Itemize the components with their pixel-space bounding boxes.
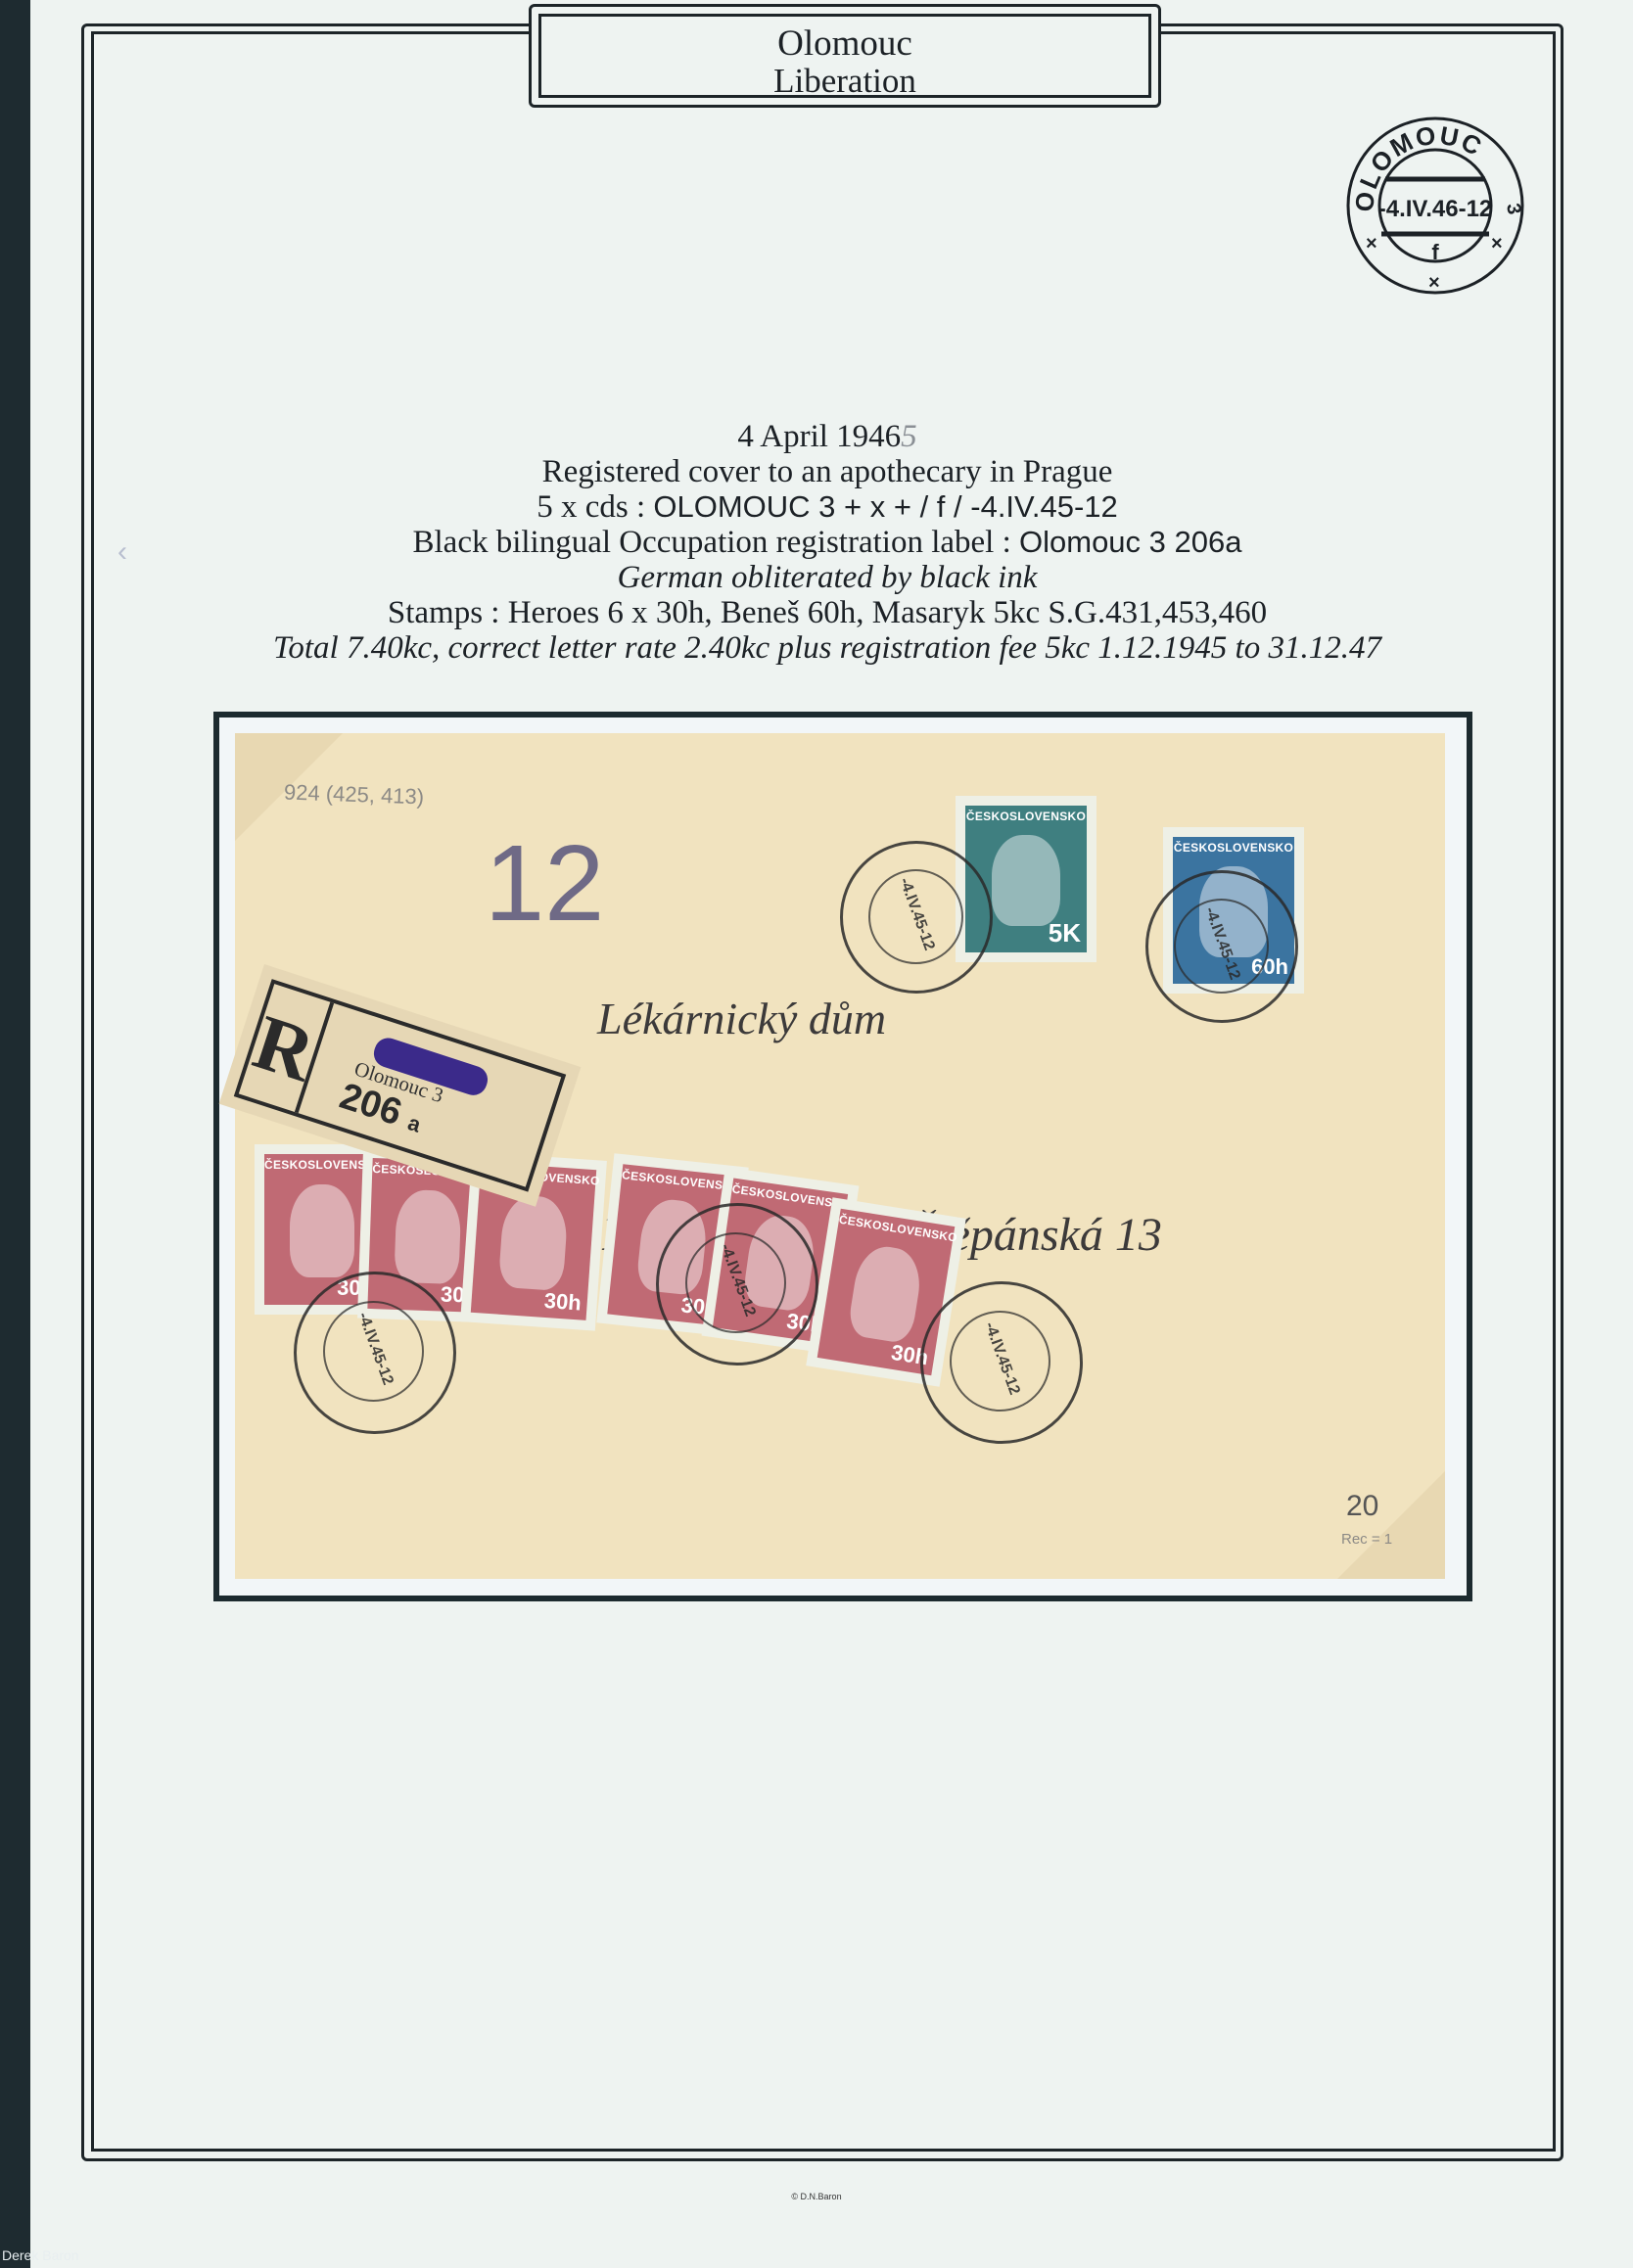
- pencil-rec: Rec = 1: [1341, 1531, 1392, 1548]
- svg-text:×: ×: [1366, 233, 1377, 255]
- stamp-country: ČESKOSLOVENSKO: [1173, 837, 1294, 855]
- page-subtitle: Liberation: [541, 64, 1148, 99]
- postmark-illustration: OLOMOUC 3 -4.IV.46-12 f × × ×: [1344, 115, 1526, 297]
- stamp-country: ČESKOSLOVENSKO: [838, 1209, 955, 1244]
- album-spine: [0, 0, 30, 2268]
- portrait-icon: [847, 1242, 925, 1345]
- description-date: 4 April 19465: [98, 419, 1557, 454]
- svg-text:f: f: [1431, 240, 1439, 264]
- cancellation-postmark: -4.IV.45-12: [294, 1272, 456, 1434]
- description-line-6: Total 7.40kc, correct letter rate 2.40kc…: [98, 630, 1557, 666]
- cancellation-postmark: -4.IV.45-12: [1145, 870, 1298, 1023]
- manuscript-number: 12: [485, 821, 604, 946]
- description-line-4: German obliterated by black ink: [98, 560, 1557, 595]
- stamp-country: ČESKOSLOVENSKO: [621, 1164, 737, 1193]
- svg-text:×: ×: [1428, 272, 1440, 294]
- portrait-icon: [290, 1184, 354, 1277]
- cancellation-postmark: -4.IV.45-12: [656, 1203, 818, 1365]
- description-line-5: Stamps : Heroes 6 x 30h, Beneš 60h, Masa…: [98, 595, 1557, 630]
- stamp-country: ČESKOSLOVENSKO: [965, 806, 1087, 823]
- portrait-icon: [394, 1189, 461, 1285]
- mount-corner: [1337, 1471, 1445, 1579]
- description-line-2: 5 x cds : OLOMOUC 3 + x + / f / -4.IV.45…: [98, 489, 1557, 525]
- description-block: 4 April 19465 Registered cover to an apo…: [98, 419, 1557, 666]
- date-correction: 5: [901, 419, 917, 454]
- title-box: Olomouc Liberation: [529, 4, 1161, 108]
- svg-text:-4.IV.46-12: -4.IV.46-12: [1378, 196, 1493, 222]
- pencil-note: 924 (425, 413): [284, 780, 425, 810]
- registration-letter: R: [239, 984, 334, 1113]
- portrait-icon: [992, 835, 1059, 926]
- cancellation-postmark: -4.IV.45-12: [920, 1281, 1083, 1444]
- page-title: Olomouc: [541, 24, 1148, 64]
- watermark: Derek Baron: [2, 2247, 79, 2263]
- stamp-value: 5K: [1049, 918, 1081, 949]
- portrait-icon: [498, 1194, 570, 1292]
- description-line-1: Registered cover to an apothecary in Pra…: [98, 454, 1557, 489]
- stamp-value: 30h: [543, 1288, 583, 1317]
- address-line-1: Lékárnický dům: [597, 993, 886, 1044]
- copyright: © D.N.Baron: [0, 2192, 1633, 2201]
- pencil-price: 20: [1346, 1490, 1378, 1523]
- description-line-3: Black bilingual Occupation registration …: [98, 525, 1557, 560]
- cancellation-postmark: -4.IV.45-12: [840, 841, 993, 994]
- svg-text:×: ×: [1491, 233, 1503, 255]
